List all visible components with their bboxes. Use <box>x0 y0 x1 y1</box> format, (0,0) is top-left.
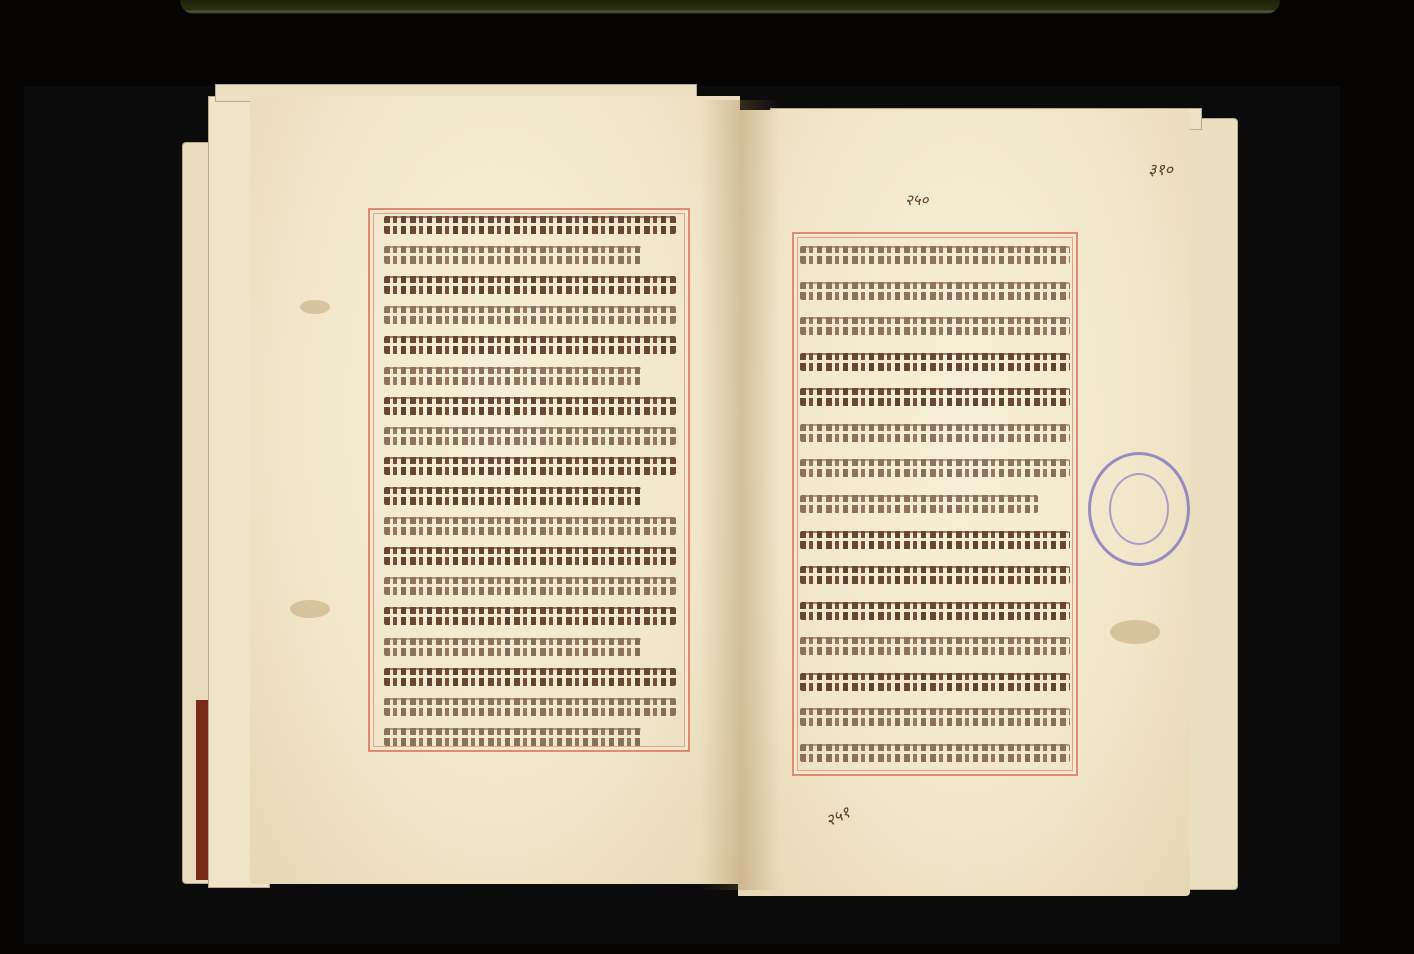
folio-number-corner: ३१० <box>1148 158 1173 180</box>
script-line <box>800 566 1070 584</box>
script-line <box>800 353 1070 371</box>
script-line <box>384 336 676 354</box>
script-line <box>384 427 676 445</box>
paper-stain <box>300 300 330 314</box>
script-line <box>384 547 676 565</box>
top-bar <box>180 0 1280 14</box>
script-line <box>384 397 676 415</box>
right-page-text <box>800 246 1070 762</box>
script-line <box>384 246 641 264</box>
script-line <box>800 317 1070 335</box>
left-page-text <box>384 216 676 746</box>
script-line <box>384 367 641 385</box>
script-line <box>800 708 1070 726</box>
script-line <box>800 495 1038 513</box>
script-line <box>800 531 1070 549</box>
paper-stain <box>290 600 330 618</box>
script-line <box>800 602 1070 620</box>
script-line <box>800 673 1070 691</box>
script-line <box>800 744 1070 762</box>
script-line <box>800 459 1070 477</box>
red-cover-edge <box>196 700 208 880</box>
script-line <box>384 216 676 234</box>
script-line <box>800 424 1070 442</box>
script-line <box>800 637 1070 655</box>
script-line <box>384 517 676 535</box>
library-stamp-icon <box>1088 452 1190 566</box>
paper-stain <box>1110 620 1160 644</box>
script-line <box>384 306 676 324</box>
script-line <box>800 282 1070 300</box>
script-line <box>384 577 676 595</box>
script-line <box>800 246 1070 264</box>
script-line <box>384 638 641 656</box>
script-line <box>384 487 641 505</box>
script-line <box>384 728 641 746</box>
script-line <box>384 457 676 475</box>
script-line <box>384 698 676 716</box>
script-line <box>384 668 676 686</box>
script-line <box>384 276 676 294</box>
book-gutter <box>700 100 780 890</box>
script-line <box>800 388 1070 406</box>
script-line <box>384 607 676 625</box>
folio-number-top: २५० <box>905 190 928 210</box>
